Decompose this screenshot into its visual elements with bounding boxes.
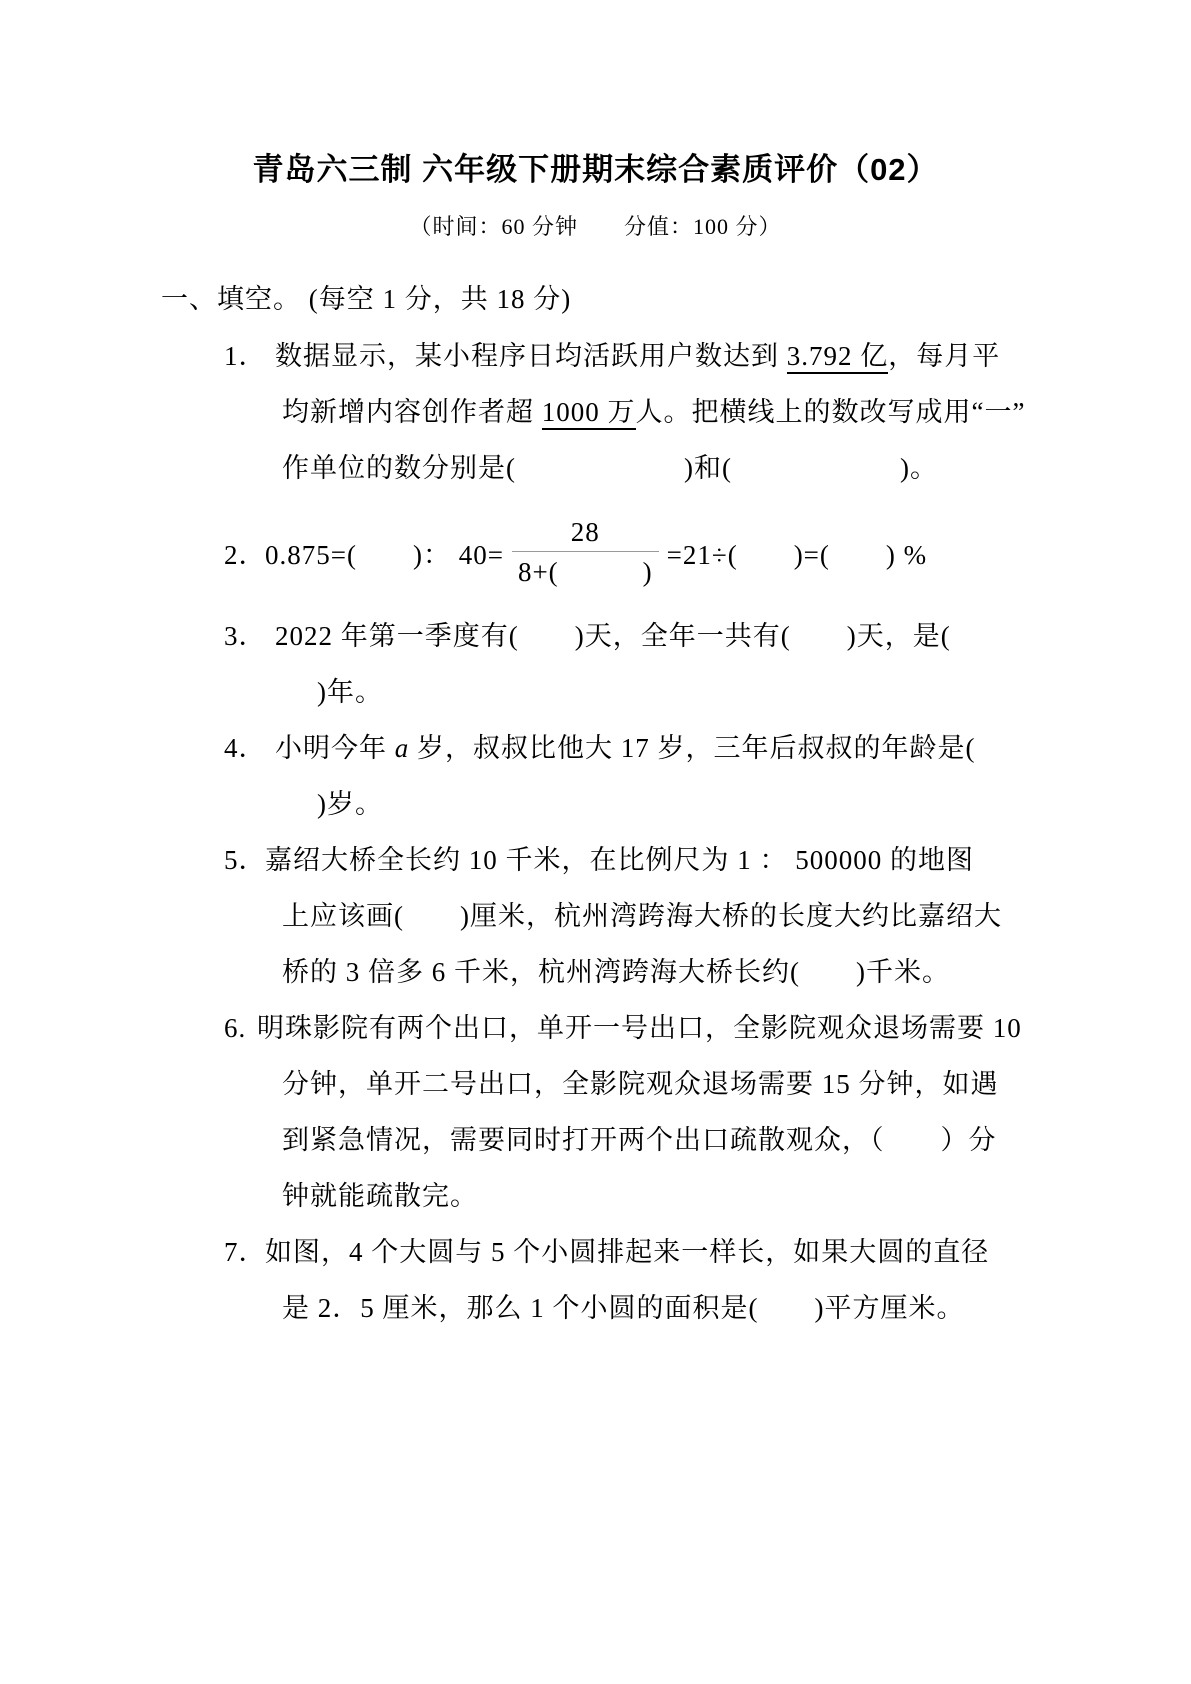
question-1-text: 人。把横线上的数改写成用“一” <box>636 397 1026 427</box>
question-5-text: 嘉绍大桥全长约 10 千米，在比例尺为 1 ： 500000 的地图 <box>265 845 974 875</box>
question-4-text: 小明今年 <box>275 733 395 763</box>
exam-paper-page: 青岛六三制 六年级下册期末综合素质评价（02） （时间：60 分钟 分值：100… <box>0 0 1191 1684</box>
question-1-number: 1． <box>224 328 275 384</box>
question-7-text: 如图，4 个大圆与 5 个小圆排起来一样长，如果大圆的直径 <box>265 1237 989 1267</box>
question-1-line-1: 1．数据显示，某小程序日均活跃用户数达到 3.792 亿，每月平 <box>224 328 1191 384</box>
question-3-number: 3． <box>224 608 275 664</box>
question-2-line: 2．0.875=( )： 40=288+( )=21÷( )=( ) % <box>224 496 1191 608</box>
question-5-number: 5． <box>224 832 265 888</box>
question-6-line-1: 6.明珠影院有两个出口，单开一号出口，全影院观众退场需要 10 <box>224 1000 1191 1056</box>
question-3-line-1: 3．2022 年第一季度有( )天，全年一共有( )天，是( <box>224 608 1191 664</box>
question-3-line-2: )年。 <box>317 664 1191 720</box>
question-2-number: 2． <box>224 533 265 572</box>
question-2-equation-suffix: =21÷( )=( ) % <box>667 533 927 572</box>
question-5-line-1: 5．嘉绍大桥全长约 10 千米，在比例尺为 1 ： 500000 的地图 <box>224 832 1191 888</box>
question-6-number: 6. <box>224 1000 257 1056</box>
question-4-line-1: 4．小明今年 a 岁，叔叔比他大 17 岁，三年后叔叔的年龄是( <box>224 720 1191 776</box>
fraction: 288+( ) <box>512 513 659 592</box>
section-1-heading: 一、填空。 (每空 1 分，共 18 分) <box>161 280 1191 318</box>
page-title: 青岛六三制 六年级下册期末综合素质评价（02） <box>0 0 1191 190</box>
question-7-line-1: 7．如图，4 个大圆与 5 个小圆排起来一样长，如果大圆的直径 <box>224 1224 1191 1280</box>
question-1-underlined-value-2: 1000 万 <box>542 397 636 430</box>
question-4-variable-a: a <box>395 733 410 763</box>
question-2-equation-prefix: 0.875=( )： 40= <box>265 533 504 572</box>
question-1-underlined-value-1: 3.792 亿 <box>787 341 889 374</box>
question-7-number: 7． <box>224 1224 265 1280</box>
question-6-line-4: 钟就能疏散完。 <box>282 1168 1191 1224</box>
question-1-text: ，每月平 <box>888 341 1000 371</box>
question-6-line-2: 分钟，单开二号出口，全影院观众退场需要 15 分钟，如遇 <box>282 1056 1191 1112</box>
question-7-line-2: 是 2．5 厘米，那么 1 个小圆的面积是( )平方厘米。 <box>282 1280 1191 1336</box>
question-4-text: 岁，叔叔比他大 17 岁，三年后叔叔的年龄是( <box>409 733 975 763</box>
question-1-text: 均新增内容创作者超 <box>282 397 542 427</box>
question-5-line-2: 上应该画( )厘米，杭州湾跨海大桥的长度大约比嘉绍大 <box>282 888 1191 944</box>
fraction-denominator: 8+( ) <box>512 551 659 592</box>
question-5-line-3: 桥的 3 倍多 6 千米，杭州湾跨海大桥长约( )千米。 <box>282 944 1191 1000</box>
question-4-line-2: )岁。 <box>317 776 1191 832</box>
question-6-text: 明珠影院有两个出口，单开一号出口，全影院观众退场需要 10 <box>257 1013 1022 1043</box>
question-3-text: 2022 年第一季度有( )天，全年一共有( )天，是( <box>275 621 951 651</box>
question-1-line-2: 均新增内容创作者超 1000 万人。把横线上的数改写成用“一” <box>282 384 1191 440</box>
question-4-number: 4． <box>224 720 275 776</box>
question-1-text: 数据显示，某小程序日均活跃用户数达到 <box>275 341 787 371</box>
fill-in-blank-questions: 1．数据显示，某小程序日均活跃用户数达到 3.792 亿，每月平 均新增内容创作… <box>0 328 1191 1336</box>
question-6-line-3: 到紧急情况，需要同时打开两个出口疏散观众，（ ）分 <box>282 1112 1191 1168</box>
fraction-numerator: 28 <box>557 513 614 551</box>
exam-time-score-subtitle: （时间：60 分钟 分值：100 分） <box>0 212 1191 242</box>
question-1-line-3: 作单位的数分别是( )和( )。 <box>282 440 1191 496</box>
